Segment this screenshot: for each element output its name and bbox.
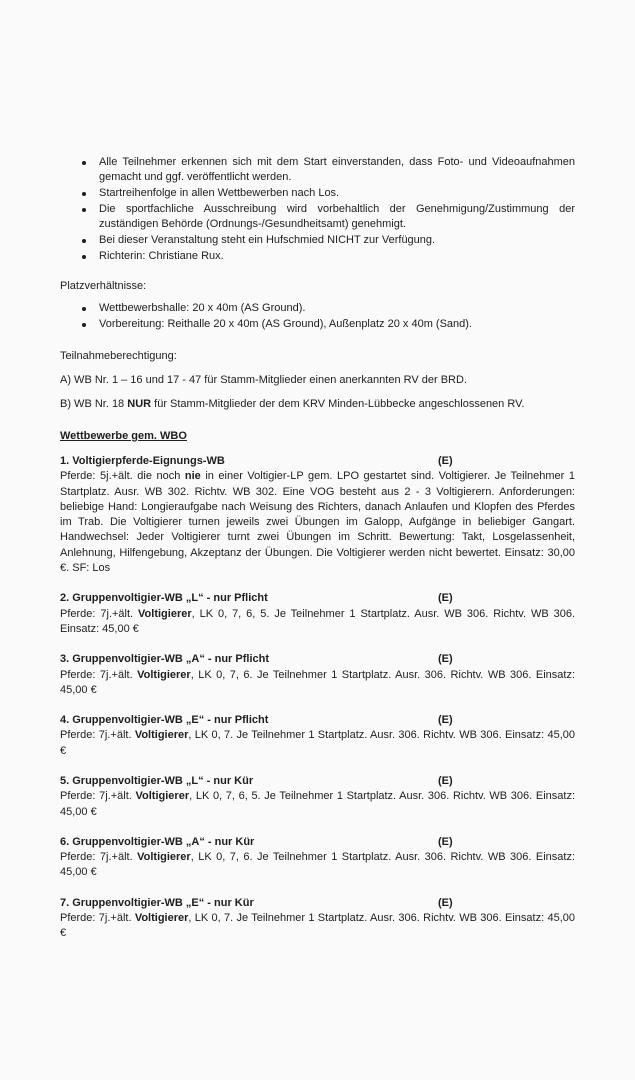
competition-class: (E)	[438, 713, 453, 728]
competition-entry: 7. Gruppenvoltigier-WB „E“ - nur Kür (E)…	[60, 896, 575, 942]
eligibility-b-suffix: für Stamm-Mitglieder der dem KRV Minden-…	[151, 398, 524, 410]
competition-title: 2. Gruppenvoltigier-WB „L“ - nur Pflicht…	[60, 591, 575, 606]
competition-name: 4. Gruppenvoltigier-WB „E“ - nur Pflicht	[60, 714, 268, 726]
emphasis-text: Voltigierer	[135, 912, 189, 924]
emphasis-text: Voltigierer	[138, 608, 192, 620]
body-text: Pferde: 7j.+ält.	[60, 851, 137, 863]
competition-entry: 5. Gruppenvoltigier-WB „L“ - nur Kür (E)…	[60, 774, 575, 820]
competitions-heading: Wettbewerbe gem. WBO	[60, 429, 575, 444]
competition-description: Pferde: 7j.+ält. Voltigierer, LK 0, 7. J…	[60, 728, 575, 759]
venue-list: Wettbewerbshalle: 20 x 40m (AS Ground). …	[60, 301, 575, 332]
list-item: Bei dieser Veranstaltung steht ein Hufsc…	[99, 233, 575, 248]
eligibility-a: A) WB Nr. 1 – 16 und 17 - 47 für Stamm-M…	[60, 373, 575, 388]
competition-name: 1. Voltigierpferde-Eignungs-WB	[60, 455, 225, 467]
competition-entry: 2. Gruppenvoltigier-WB „L“ - nur Pflicht…	[60, 591, 575, 637]
competition-description: Pferde: 7j.+ält. Voltigierer, LK 0, 7. J…	[60, 911, 575, 942]
list-item: Die sportfachliche Ausschreibung wird vo…	[99, 202, 575, 233]
competition-class: (E)	[438, 652, 453, 667]
document-page: Alle Teilnehmer erkennen sich mit dem St…	[60, 155, 575, 942]
body-text: Pferde: 7j.+ält.	[60, 729, 135, 741]
competition-name: 5. Gruppenvoltigier-WB „L“ - nur Kür	[60, 775, 253, 787]
competition-class: (E)	[438, 454, 453, 469]
competitions-list: 1. Voltigierpferde-Eignungs-WB (E) Pferd…	[60, 454, 575, 942]
list-item: Vorbereitung: Reithalle 20 x 40m (AS Gro…	[99, 317, 575, 332]
competition-title: 7. Gruppenvoltigier-WB „E“ - nur Kür (E)	[60, 896, 575, 911]
competition-name: 3. Gruppenvoltigier-WB „A“ - nur Pflicht	[60, 653, 269, 665]
competition-description: Pferde: 5j.+ält. die noch nie in einer V…	[60, 469, 575, 576]
list-item: Alle Teilnehmer erkennen sich mit dem St…	[99, 155, 575, 186]
competition-entry: 1. Voltigierpferde-Eignungs-WB (E) Pferd…	[60, 454, 575, 576]
emphasis-text: Voltigierer	[135, 729, 189, 741]
competition-title: 3. Gruppenvoltigier-WB „A“ - nur Pflicht…	[60, 652, 575, 667]
competition-name: 6. Gruppenvoltigier-WB „A“ - nur Kür	[60, 836, 254, 848]
competition-entry: 4. Gruppenvoltigier-WB „E“ - nur Pflicht…	[60, 713, 575, 759]
competition-description: Pferde: 7j.+ält. Voltigierer, LK 0, 7, 6…	[60, 789, 575, 820]
body-text: in einer Voltigier-LP gem. LPO gestartet…	[60, 470, 575, 574]
body-text: Pferde: 7j.+ält.	[60, 790, 136, 802]
general-rules-list: Alle Teilnehmer erkennen sich mit dem St…	[60, 155, 575, 264]
venue-label: Platzverhältnisse:	[60, 279, 575, 294]
body-text: Pferde: 5j.+ält. die noch	[60, 470, 185, 482]
eligibility-b-emphasis: NUR	[127, 398, 151, 410]
emphasis-text: Voltigierer	[137, 669, 191, 681]
competition-description: Pferde: 7j.+ält. Voltigierer, LK 0, 7, 6…	[60, 607, 575, 638]
emphasis-text: Voltigierer	[136, 790, 190, 802]
competition-name: 7. Gruppenvoltigier-WB „E“ - nur Kür	[60, 897, 254, 909]
emphasis-text: nie	[185, 470, 201, 482]
list-item: Startreihenfolge in allen Wettbewerben n…	[99, 186, 575, 201]
list-item: Wettbewerbshalle: 20 x 40m (AS Ground).	[99, 301, 575, 316]
eligibility-b-prefix: B) WB Nr. 18	[60, 398, 127, 410]
competition-description: Pferde: 7j.+ält. Voltigierer, LK 0, 7, 6…	[60, 850, 575, 881]
competition-description: Pferde: 7j.+ält. Voltigierer, LK 0, 7, 6…	[60, 668, 575, 699]
emphasis-text: Voltigierer	[137, 851, 191, 863]
competition-title: 5. Gruppenvoltigier-WB „L“ - nur Kür (E)	[60, 774, 575, 789]
competition-title: 4. Gruppenvoltigier-WB „E“ - nur Pflicht…	[60, 713, 575, 728]
competition-class: (E)	[438, 835, 453, 850]
body-text: Pferde: 7j.+ält.	[60, 608, 138, 620]
competition-class: (E)	[438, 774, 453, 789]
competition-class: (E)	[438, 896, 453, 911]
competition-title: 1. Voltigierpferde-Eignungs-WB (E)	[60, 454, 575, 469]
competition-name: 2. Gruppenvoltigier-WB „L“ - nur Pflicht	[60, 592, 268, 604]
eligibility-label: Teilnahmeberechtigung:	[60, 349, 575, 364]
body-text: Pferde: 7j.+ält.	[60, 669, 137, 681]
competition-entry: 3. Gruppenvoltigier-WB „A“ - nur Pflicht…	[60, 652, 575, 698]
list-item: Richterin: Christiane Rux.	[99, 249, 575, 264]
eligibility-b: B) WB Nr. 18 NUR für Stamm-Mitglieder de…	[60, 397, 575, 412]
body-text: Pferde: 7j.+ält.	[60, 912, 135, 924]
competition-entry: 6. Gruppenvoltigier-WB „A“ - nur Kür (E)…	[60, 835, 575, 881]
competition-title: 6. Gruppenvoltigier-WB „A“ - nur Kür (E)	[60, 835, 575, 850]
competition-class: (E)	[438, 591, 453, 606]
